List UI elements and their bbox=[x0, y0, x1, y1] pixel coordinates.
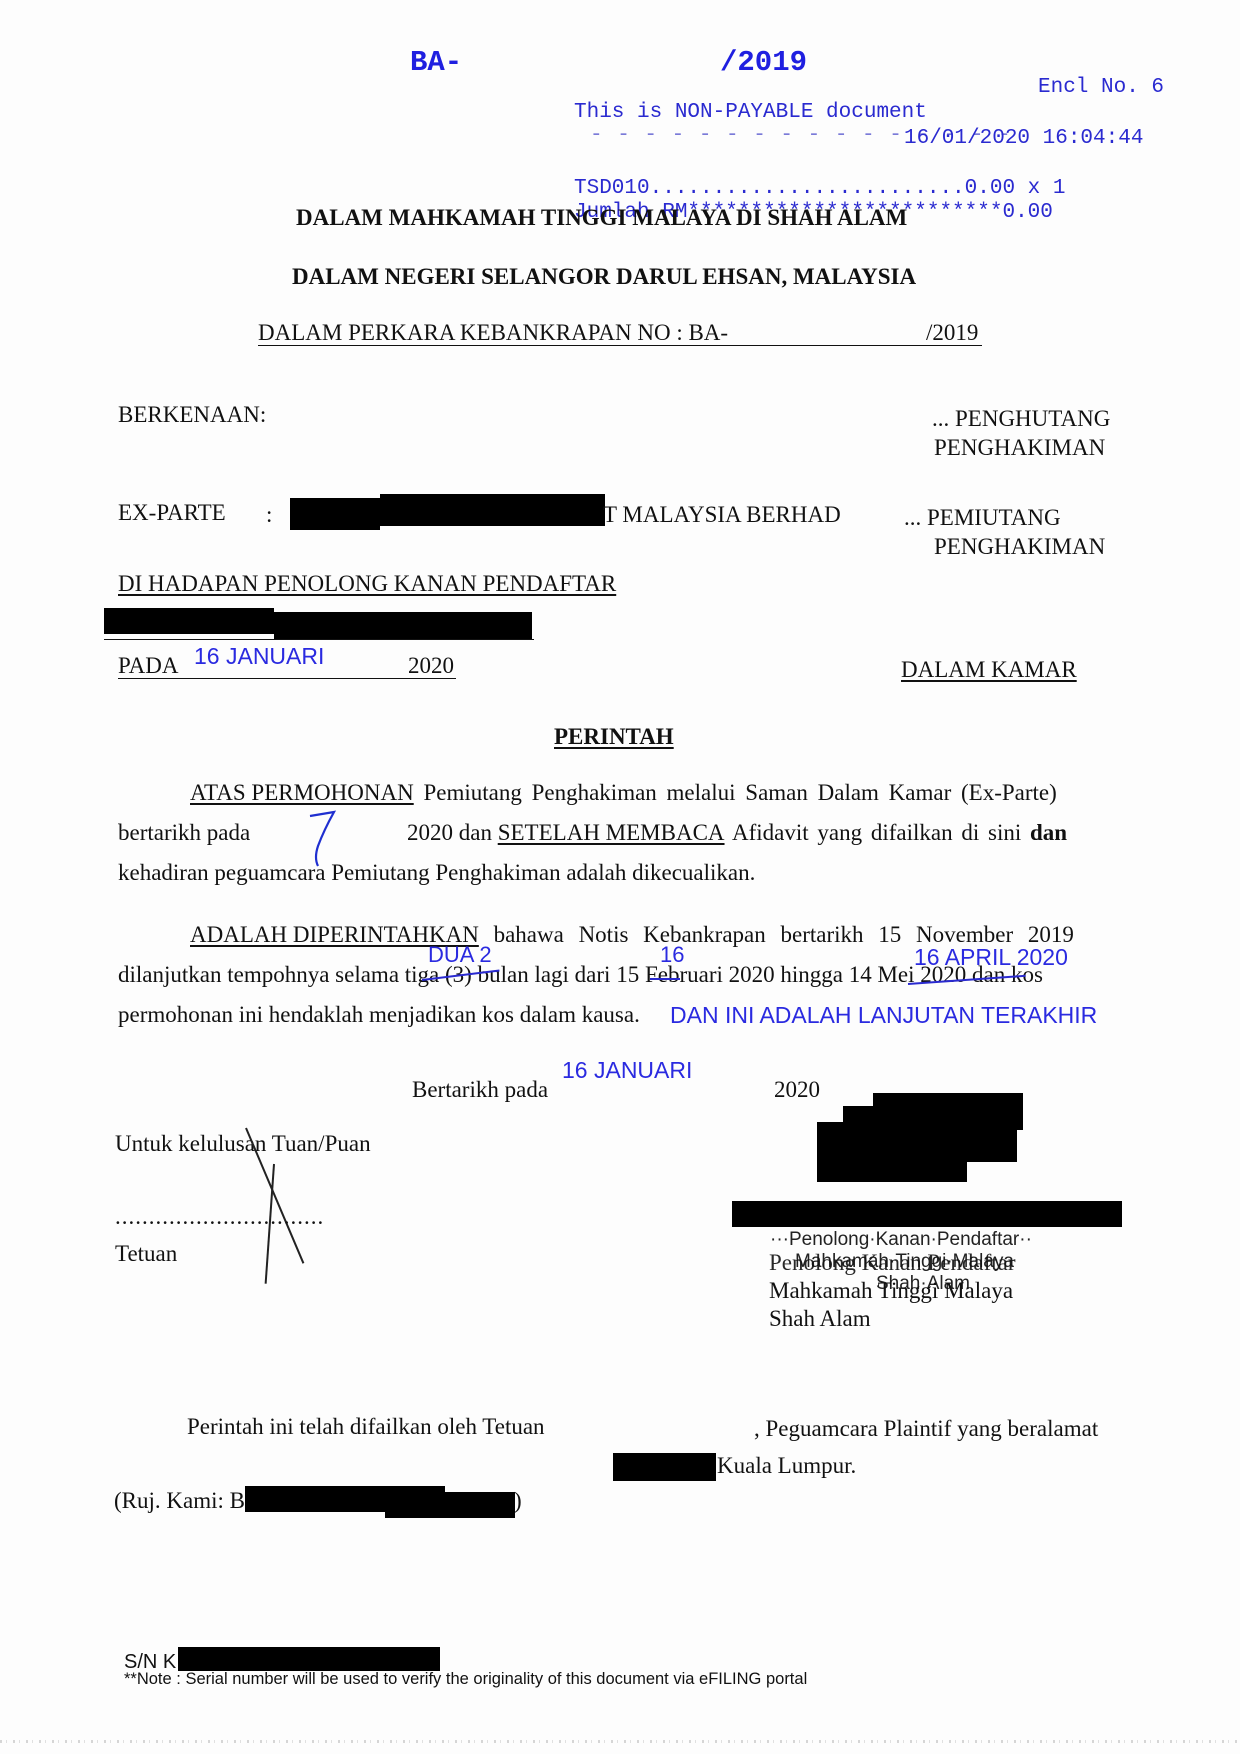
berkenaan-label: BERKENAAN: bbox=[118, 402, 266, 428]
pada-date-handwritten: 16 JANUARI bbox=[194, 643, 324, 670]
pada-date-underline bbox=[118, 678, 456, 679]
p1-text-1: Pemiutang Penghakiman melalui Saman Dala… bbox=[414, 780, 1057, 805]
debtor-role-line-1: ... PENGHUTANG bbox=[932, 406, 1110, 432]
debtor-role-line-2: PENGHAKIMAN bbox=[934, 435, 1105, 461]
p1-lead: ATAS PERMOHONAN bbox=[190, 780, 414, 805]
tetuan-label: Tetuan bbox=[115, 1241, 177, 1267]
case-number-prefix: BA- bbox=[410, 46, 462, 79]
approval-label: Untuk kelulusan Tuan/Puan bbox=[115, 1131, 371, 1157]
serial-note: **Note : Serial number will be used to v… bbox=[124, 1670, 807, 1689]
p2-line3: permohonan ini hendaklah menjadikan kos … bbox=[118, 1002, 640, 1028]
p1-year-and: 2020 dan bbox=[407, 820, 498, 845]
paragraph-1-line-1: ATAS PERMOHONAN Pemiutang Penghakiman me… bbox=[190, 780, 1057, 806]
redacted-signature-2 bbox=[817, 1122, 1017, 1162]
sign-role: Penolong Kanan Pendaftar bbox=[769, 1250, 1016, 1276]
before-registrar-label: DI HADAPAN PENOLONG KANAN PENDAFTAR bbox=[118, 571, 616, 597]
p2-line2-b: bulan lagi dari bbox=[472, 962, 616, 987]
non-payable-note: This is NON-PAYABLE document bbox=[574, 101, 927, 124]
state-heading: DALAM NEGERI SELANGOR DARUL EHSAN, MALAY… bbox=[292, 264, 916, 290]
p1-setelah: SETELAH MEMBACA bbox=[498, 820, 725, 845]
signature-dots: ............................... bbox=[115, 1204, 324, 1230]
court-heading: DALAM MAHKAMAH TINGGI MALAYA DI SHAH ALA… bbox=[296, 205, 907, 231]
ref-suffix: ) bbox=[514, 1488, 522, 1514]
bertarikh-label: Bertarikh pada bbox=[412, 1077, 548, 1103]
redacted-address bbox=[613, 1453, 716, 1481]
sign-place: Shah Alam bbox=[769, 1306, 871, 1332]
p2-struck-from-day: 15 bbox=[616, 962, 639, 987]
matter-heading-suffix: /2019 bbox=[926, 320, 978, 346]
matter-heading-underline bbox=[258, 345, 982, 346]
redacted-registrar-stamp-name bbox=[732, 1201, 1122, 1227]
p1-dan: dan bbox=[1030, 820, 1067, 845]
strike-from-day bbox=[650, 978, 680, 980]
bertarikh-year: 2020 bbox=[774, 1077, 820, 1103]
enclosure-number: Encl No. 6 bbox=[1038, 76, 1164, 99]
p1-text-3: kehadiran peguamcara Pemiutang Penghakim… bbox=[118, 860, 755, 886]
ref-prefix: (Ruj. Kami: B bbox=[114, 1488, 245, 1514]
case-number-suffix: /2019 bbox=[720, 46, 807, 79]
amend-final-extension: DAN INI ADALAH LANJUTAN TERAKHIR bbox=[670, 1002, 1097, 1029]
sign-court: Mahkamah Tinggi Malaya bbox=[769, 1278, 1013, 1304]
p1-bertarikh: bertarikh pada bbox=[118, 820, 250, 846]
stamp-role: ···Penolong·Kanan·Pendaftar·· bbox=[770, 1229, 1032, 1251]
p2-line2-c: Februari 2020 hingga bbox=[639, 962, 849, 987]
scan-artifact-line bbox=[0, 1740, 1240, 1743]
redacted-registrar-name-2 bbox=[274, 612, 532, 640]
p2-line2-a: dilanjutkan tempohnya selama bbox=[118, 962, 405, 987]
filed-by: Perintah ini telah difailkan oleh Tetuan bbox=[187, 1414, 545, 1440]
pada-year: 2020 bbox=[408, 653, 454, 679]
creditor-role-line-2: PENGHAKIMAN bbox=[934, 534, 1105, 560]
redacted-creditor-name-2 bbox=[380, 494, 605, 526]
redacted-creditor-name-1 bbox=[290, 498, 380, 530]
paragraph-2-line-2: dilanjutkan tempohnya selama tiga (3) bu… bbox=[118, 962, 1043, 988]
p2-line2-d: dan kos bbox=[966, 962, 1043, 987]
filing-city: Kuala Lumpur. bbox=[717, 1453, 856, 1479]
redacted-signature-3 bbox=[817, 1158, 967, 1182]
p1-text-2: Afidavit yang difailkan di sini bbox=[725, 820, 1030, 845]
fee-line: TSD010.........................0.00 x 1 bbox=[574, 177, 1065, 200]
redacted-ref-2 bbox=[385, 1492, 515, 1518]
exparte-name-visible: T MALAYSIA BERHAD bbox=[603, 502, 841, 528]
matter-heading-prefix: DALAM PERKARA KEBANKRAPAN NO : BA- bbox=[258, 320, 728, 346]
exparte-label: EX-PARTE bbox=[118, 500, 226, 526]
chambers-label: DALAM KAMAR bbox=[901, 657, 1077, 683]
order-title: PERINTAH bbox=[554, 724, 674, 750]
redacted-serial-number bbox=[178, 1647, 440, 1671]
paragraph-1-line-2: 2020 dan SETELAH MEMBACA Afidavit yang d… bbox=[407, 820, 1067, 846]
creditor-role-line-1: ... PEMIUTANG bbox=[904, 505, 1061, 531]
bertarikh-handwritten-date: 16 JANUARI bbox=[562, 1057, 692, 1084]
stamp-datetime: 16/01/2020 16:04:44 bbox=[904, 127, 1143, 150]
registrar-name-underline bbox=[104, 639, 534, 640]
exparte-colon: : bbox=[266, 502, 272, 528]
counsel-line: , Peguamcara Plaintif yang beralamat bbox=[754, 1416, 1098, 1442]
pada-label: PADA bbox=[118, 653, 179, 679]
redacted-registrar-name-1 bbox=[104, 608, 274, 634]
